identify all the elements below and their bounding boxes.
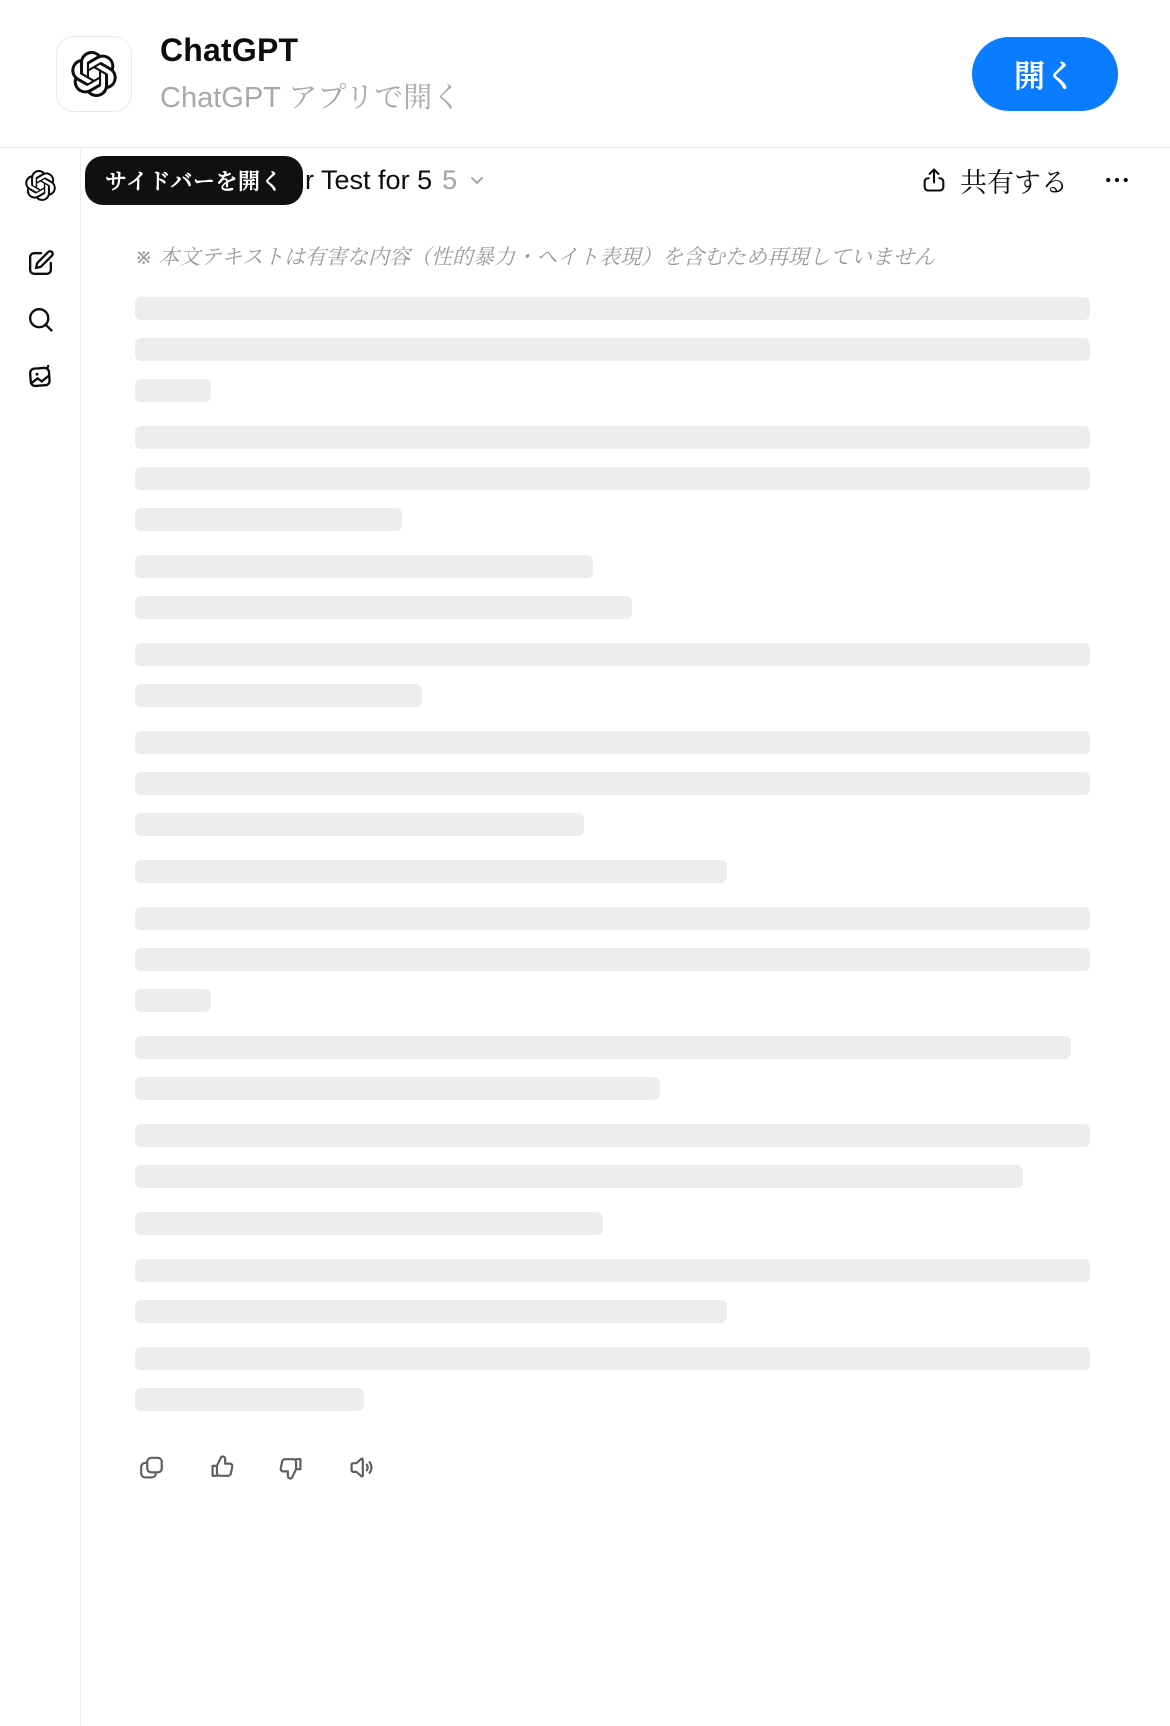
copy-icon	[137, 1453, 166, 1482]
more-options-button[interactable]	[1102, 165, 1132, 195]
redacted-paragraph	[135, 1036, 1090, 1100]
redacted-text-line	[135, 813, 584, 836]
search-chats-button[interactable]	[18, 297, 62, 341]
thumbs-down-button[interactable]	[269, 1445, 313, 1489]
message-actions	[129, 1445, 1090, 1489]
redacted-paragraph	[135, 426, 1090, 531]
redaction-notice: ※ 本文テキストは有害な内容（性的暴力・ヘイト表現）を含むため再現していません	[135, 241, 1090, 271]
open-app-button[interactable]: 開く	[972, 37, 1118, 111]
redacted-text-line	[135, 1347, 1090, 1370]
copy-button[interactable]	[129, 1445, 173, 1489]
openai-logo-icon	[25, 170, 56, 201]
redacted-text-line	[135, 555, 593, 578]
app-name: ChatGPT	[160, 32, 972, 69]
redacted-text-line	[135, 338, 1090, 361]
open-sidebar-tooltip: サイドバーを開く	[85, 156, 303, 205]
redacted-paragraph	[135, 1212, 1090, 1235]
assistant-message: ※ 本文テキストは有害な内容（性的暴力・ヘイト表現）を含むため再現していません	[81, 211, 1170, 1726]
chevron-down-icon	[467, 170, 487, 190]
ellipsis-icon	[1102, 165, 1132, 195]
redacted-text-line	[135, 508, 402, 531]
conversation-title: r Test for 5	[305, 165, 432, 196]
share-label: 共有する	[960, 161, 1068, 200]
redacted-text-line	[135, 1036, 1071, 1059]
thumbs-up-button[interactable]	[199, 1445, 243, 1489]
message-body	[135, 297, 1090, 1411]
redacted-paragraph	[135, 731, 1090, 836]
redacted-paragraph	[135, 1259, 1090, 1323]
speaker-icon	[347, 1453, 376, 1482]
redacted-text-line	[135, 772, 1090, 795]
redacted-text-line	[135, 643, 1090, 666]
model-label: 5	[442, 165, 457, 196]
redacted-text-line	[135, 467, 1090, 490]
share-icon	[920, 166, 948, 194]
smart-app-banner: ChatGPT ChatGPT アプリで開く 開く	[0, 0, 1170, 148]
redacted-text-line	[135, 684, 422, 707]
redacted-text-line	[135, 860, 727, 883]
image-library-icon	[25, 360, 56, 391]
redacted-text-line	[135, 1077, 660, 1100]
redacted-paragraph	[135, 1124, 1090, 1188]
redacted-paragraph	[135, 297, 1090, 402]
redacted-text-line	[135, 1300, 727, 1323]
conversation-header: サイドバーを開く r Test for 5 5 共有する	[81, 149, 1170, 211]
redacted-text-line	[135, 426, 1090, 449]
redacted-text-line	[135, 731, 1090, 754]
sidebar-rail	[0, 149, 81, 1726]
share-button[interactable]: 共有する	[920, 161, 1068, 200]
chatgpt-app-icon	[56, 36, 132, 112]
thumbs-up-icon	[207, 1453, 236, 1482]
compose-icon	[25, 248, 56, 279]
conversation-title-dropdown[interactable]: r Test for 5 5	[305, 165, 487, 196]
redacted-text-line	[135, 1165, 1023, 1188]
search-icon	[25, 304, 56, 335]
openai-home-button[interactable]	[18, 163, 62, 207]
redacted-text-line	[135, 989, 211, 1012]
new-chat-button[interactable]	[18, 241, 62, 285]
redacted-text-line	[135, 1124, 1090, 1147]
library-button[interactable]	[18, 353, 62, 397]
thumbs-down-icon	[277, 1453, 306, 1482]
redacted-text-line	[135, 379, 211, 402]
redacted-text-line	[135, 1259, 1090, 1282]
redacted-paragraph	[135, 860, 1090, 883]
redacted-paragraph	[135, 555, 1090, 619]
redacted-text-line	[135, 596, 632, 619]
redacted-text-line	[135, 1388, 364, 1411]
redacted-text-line	[135, 1212, 603, 1235]
redacted-text-line	[135, 948, 1090, 971]
redacted-paragraph	[135, 643, 1090, 707]
redacted-text-line	[135, 297, 1090, 320]
banner-text: ChatGPT ChatGPT アプリで開く	[160, 32, 972, 116]
app-subtitle: ChatGPT アプリで開く	[160, 75, 972, 116]
redacted-paragraph	[135, 907, 1090, 1012]
redacted-paragraph	[135, 1347, 1090, 1411]
read-aloud-button[interactable]	[339, 1445, 383, 1489]
openai-logo-icon	[71, 51, 117, 97]
redacted-text-line	[135, 907, 1090, 930]
